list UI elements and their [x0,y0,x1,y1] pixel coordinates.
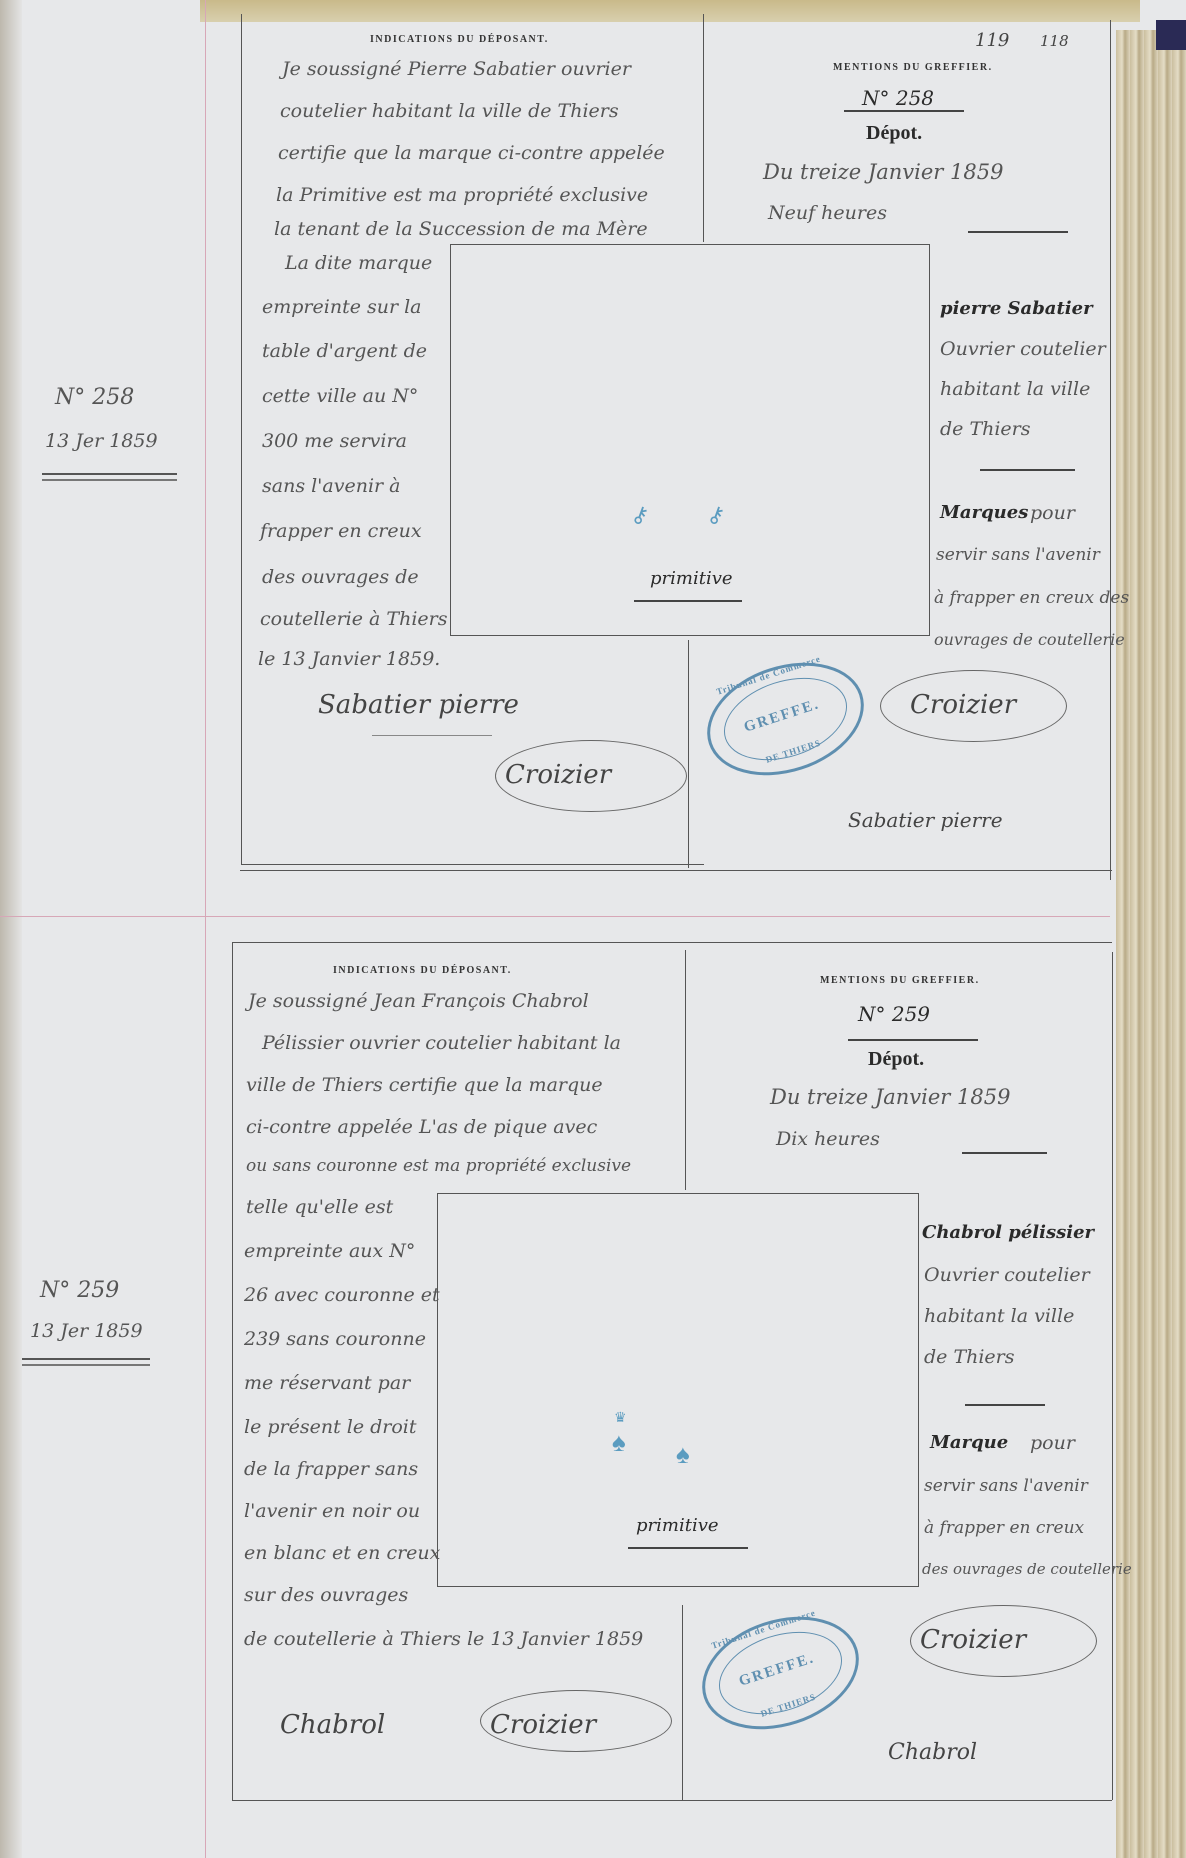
signature-flourish [495,740,687,812]
depositor-line: la tenant de la Succession de ma Mère [274,218,648,240]
marque-label: Marque [930,1432,1008,1453]
marque-label: Marques [940,502,1028,523]
margin-number: N° 259 [40,1278,119,1303]
depositor-line: en blanc et en creux [244,1542,440,1564]
crown-icon: ♛ [614,1410,627,1427]
depositor-line: Je soussigné Jean François Chabrol [248,990,589,1012]
depositor-line: table d'argent de [262,340,427,362]
depositor-line: empreinte sur la [262,296,422,318]
caption-underline [628,1547,748,1549]
clerk-desc: Ouvrier coutelier [924,1264,1090,1286]
depot-label: Dépot. [866,122,922,145]
book-page-edges [1116,30,1186,1858]
depositor-line: certifie que la marque ci-contre appelée [278,142,665,164]
depositor-line: de coutellerie à Thiers le 13 Janvier 18… [244,1628,643,1650]
marque-line: servir sans l'avenir [936,545,1100,565]
depositor-line: ville de Thiers certifie que la marque [246,1074,603,1096]
clerk-number: N° 259 [858,1002,930,1026]
depositor-line: des ouvrages de [262,566,419,588]
depositor-line: coutelier habitant la ville de Thiers [280,100,619,122]
margin-underline [22,1358,150,1366]
clerk-desc: de Thiers [940,418,1031,440]
bottom-border [240,870,1112,871]
depositor-header: Indications du déposant. [333,965,512,976]
right-border [1112,952,1113,1800]
depositor-line: Pélissier ouvrier coutelier habitant la [262,1032,621,1054]
margin-rule [205,0,206,1858]
margin-number: N° 258 [55,385,134,410]
margin-date: 13 Jer 1859 [45,430,158,452]
number-underline [844,110,964,112]
marque-line: à frapper en creux des [934,588,1129,608]
depositor-line: sans l'avenir à [262,475,400,497]
depositor-line: le présent le droit [244,1416,417,1438]
clerk-header: Mentions du greffier. [820,975,980,986]
depositor-line: Je soussigné Pierre Sabatier ouvrier [282,58,631,80]
depot-time: Dix heures [776,1128,880,1150]
ace-of-spades-icon: ♠ [676,1440,690,1470]
clerk-desc: de Thiers [924,1346,1015,1368]
clerk-name: Chabrol pélissier [922,1222,1094,1243]
marque-line: à frapper en creux [924,1518,1084,1538]
signature-underline [372,735,492,736]
clerk-desc: habitant la ville [940,378,1090,400]
register-page: 119 118 N° 258 13 Jer 1859 Indications d… [0,0,1186,1858]
margin-date: 13 Jer 1859 [30,1320,143,1342]
caption-underline [634,600,742,602]
stamp-divider [682,1605,683,1800]
marque-line: pour [1030,502,1075,524]
desc-rule [965,1404,1045,1406]
depot-date: Du treize Janvier 1859 [763,160,1003,184]
ace-of-spades-crowned-icon: ♠ [612,1428,626,1458]
depositor-line: ci-contre appelée L'as de pique avec [246,1116,597,1138]
marque-line: ouvrages de coutellerie [934,630,1125,649]
greffe-stamp: Tribunal de Commerce GREFFE. DE THIERS [688,1598,874,1749]
depositor-line: de la frapper sans [244,1458,418,1480]
margin-underline [42,473,177,481]
desc-rule [980,469,1075,471]
depot-label: Dépot. [868,1048,924,1071]
depositor-line: 239 sans couronne [244,1328,426,1350]
time-rule [962,1152,1047,1154]
depositor-line: le 13 Janvier 1859. [258,648,440,670]
clerk-desc: habitant la ville [924,1305,1074,1327]
signature-flourish [880,670,1067,742]
marque-line: des ouvrages de coutellerie [922,1560,1132,1578]
mark-caption: primitive [650,568,733,589]
depositor-line: La dite marque [285,252,432,274]
right-border [1110,20,1111,880]
depositor-line: sur des ouvrages [244,1584,408,1606]
clerk-header: Mentions du greffier. [833,62,993,73]
depositor-signature-right: Chabrol [888,1740,977,1765]
depositor-header: Indications du déposant. [370,34,549,45]
depositor-signature: Sabatier pierre [318,690,519,720]
clerk-number: N° 258 [862,86,934,110]
bottom-border [232,1800,1112,1801]
depositor-signature-right: Sabatier pierre [848,808,1003,832]
number-underline [848,1039,978,1041]
depot-date: Du treize Janvier 1859 [770,1085,1010,1109]
stamp-divider [688,640,689,868]
depositor-line: telle qu'elle est [246,1196,393,1218]
depositor-line: l'avenir en noir ou [244,1500,420,1522]
depositor-line: la Primitive est ma propriété exclusive [276,184,648,206]
depositor-line: empreinte aux N° [244,1240,415,1262]
left-border [232,942,233,1800]
clerk-name: pierre Sabatier [940,298,1093,319]
background-corner [1156,20,1186,50]
depot-time: Neuf heures [768,202,887,224]
signature-flourish [480,1690,672,1752]
depositor-line: me réservant par [244,1372,410,1394]
marque-line: servir sans l'avenir [924,1476,1088,1496]
top-border [232,942,1112,943]
depositor-line: cette ville au N° [262,385,418,407]
depositor-line: 300 me servira [262,430,407,452]
time-rule [968,231,1068,233]
depositor-line: coutellerie à Thiers [260,608,447,630]
depositor-line: 26 avec couronne et [244,1284,440,1306]
signature-flourish [910,1605,1097,1677]
clerk-desc: Ouvrier coutelier [940,338,1106,360]
entry-separator [0,916,1110,917]
column-divider [685,950,686,1190]
depositor-signature: Chabrol [280,1710,385,1740]
depositor-line: ou sans couronne est ma propriété exclus… [246,1156,631,1176]
binding-shadow [0,0,22,1858]
mark-caption: primitive [636,1515,719,1536]
marque-line: pour [1030,1432,1075,1454]
column-divider [703,14,704,242]
depositor-line: frapper en creux [260,520,422,542]
